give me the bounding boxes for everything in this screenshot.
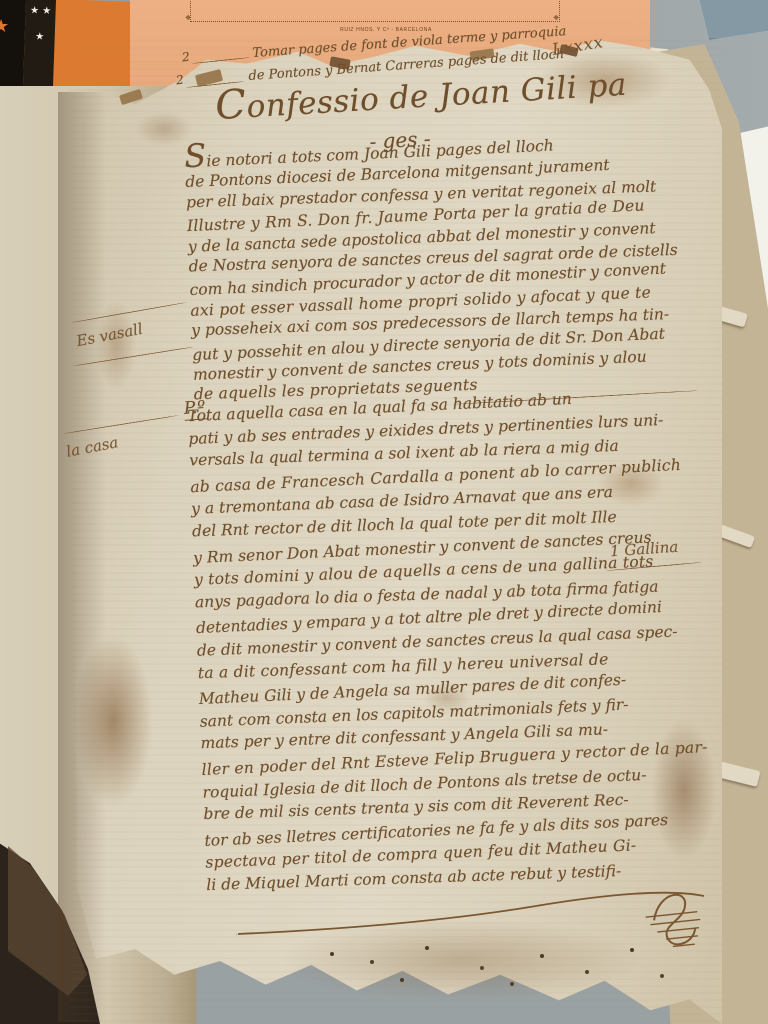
folder-corner-ornament: ❖ <box>553 14 559 22</box>
star-icon: ★ <box>0 16 9 37</box>
folder-dotted-border <box>190 0 560 22</box>
ink-stain <box>74 636 152 806</box>
closing-rule-line <box>236 888 706 938</box>
dirt-specks <box>330 952 334 956</box>
notarial-paraph <box>636 876 716 961</box>
photo-of-manuscript: ★ ★ ★ ★ ❖ ❖ RUIZ HNOS. Y Cª - BARCELONA … <box>0 0 768 1024</box>
header-flourish-glyph: 2 <box>181 50 190 65</box>
gutter-shadow <box>58 92 106 1022</box>
folder-corner-ornament: ❖ <box>185 14 191 22</box>
header-flourish-glyph: 2 <box>175 73 184 88</box>
property-paragraph: Tota aquella casa en la qual fa sa habit… <box>187 384 698 899</box>
intro-paragraph: Sie notori a tots com Joan Gili pages de… <box>184 131 672 408</box>
